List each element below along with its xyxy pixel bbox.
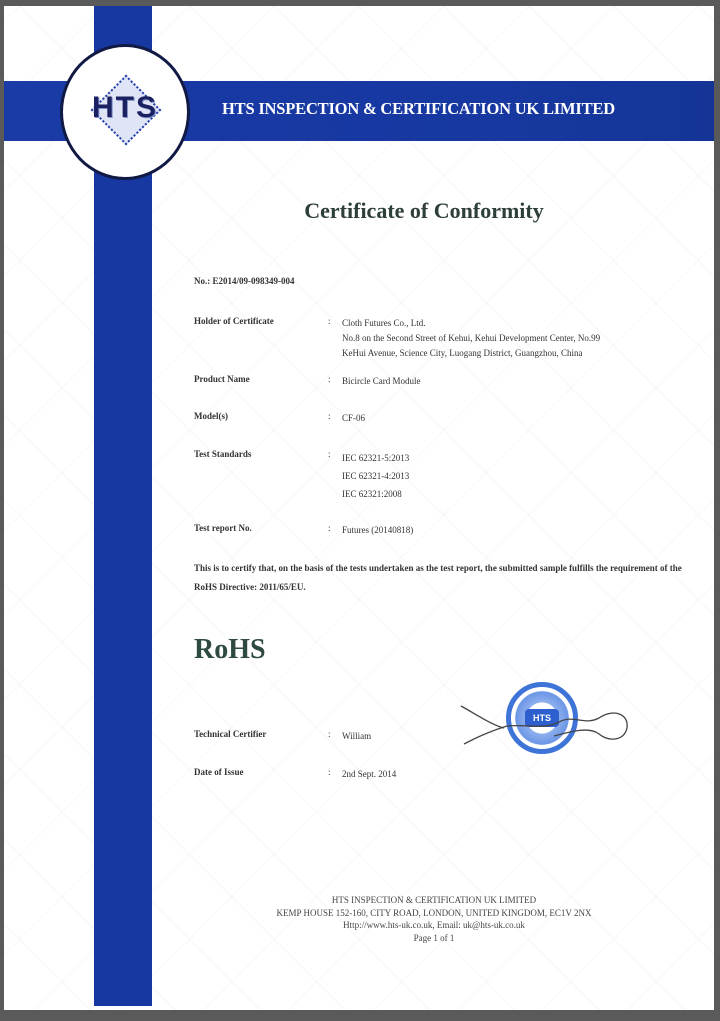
field-holder-of-certificate: Holder of Certificate : Cloth Futures Co… [194,316,600,361]
field-technical-certifier: Technical Certifier : William [194,729,371,744]
value-line: IEC 62321-4:2013 [342,467,409,485]
value-line: IEC 62321-5:2013 [342,449,409,467]
directive-heading: RoHS [194,634,266,666]
field-test-standards: Test Standards : IEC 62321-5:2013 IEC 62… [194,449,409,503]
field-colon: : [328,767,342,782]
field-value: Futures (20140818) [342,523,413,538]
field-colon: : [328,729,342,744]
conformity-statement: This is to certify that, on the basis of… [194,559,684,597]
field-date-of-issue: Date of Issue : 2nd Sept. 2014 [194,767,396,782]
footer-address: HTS INSPECTION & CERTIFICATION UK LIMITE… [154,894,714,944]
field-label: Date of Issue [194,767,328,782]
field-label: Technical Certifier [194,729,328,744]
certificate-number: No.: E2014/09-098349-004 [194,276,295,286]
value-line: KeHui Avenue, Science City, Luogang Dist… [342,346,600,361]
field-colon: : [328,449,342,503]
field-test-report-no: Test report No. : Futures (20140818) [194,523,413,538]
field-value: IEC 62321-5:2013 IEC 62321-4:2013 IEC 62… [342,449,409,503]
field-label: Test Standards [194,449,328,503]
certificate-title: Certificate of Conformity [4,198,714,224]
signature-icon [459,696,634,756]
value-line: Futures (20140818) [342,523,413,538]
field-value: CF-06 [342,411,365,426]
logo-text: HTS [79,91,171,125]
field-colon: : [328,374,342,389]
footer-company: HTS INSPECTION & CERTIFICATION UK LIMITE… [154,894,714,907]
footer-address-line: KEMP HOUSE 152-160, CITY ROAD, LONDON, U… [154,907,714,920]
value-line: Cloth Futures Co., Ltd. [342,316,600,331]
field-colon: : [328,523,342,538]
field-colon: : [328,316,342,361]
field-value: Cloth Futures Co., Ltd. No.8 on the Seco… [342,316,600,361]
field-value: 2nd Sept. 2014 [342,767,396,782]
field-label: Model(s) [194,411,328,426]
hts-logo: HTS [60,44,190,180]
certificate-page: HTS INSPECTION & CERTIFICATION UK LIMITE… [4,6,714,1010]
page-number: Page 1 of 1 [154,932,714,945]
value-line: No.8 on the Second Street of Kehui, Kehu… [342,331,600,346]
field-label: Holder of Certificate [194,316,328,361]
value-line: Bicircle Card Module [342,374,420,389]
certificate-title-text: Certificate of Conformity [304,198,543,223]
value-line: IEC 62321:2008 [342,485,409,503]
field-models: Model(s) : CF-06 [194,411,365,426]
footer-contact: Http://www.hts-uk.co.uk, Email: uk@hts-u… [154,919,714,932]
field-label: Product Name [194,374,328,389]
field-product-name: Product Name : Bicircle Card Module [194,374,420,389]
field-value: Bicircle Card Module [342,374,420,389]
field-value: William [342,729,371,744]
company-banner-text: HTS INSPECTION & CERTIFICATION UK LIMITE… [222,99,615,119]
field-colon: : [328,411,342,426]
value-line: CF-06 [342,411,365,426]
field-label: Test report No. [194,523,328,538]
